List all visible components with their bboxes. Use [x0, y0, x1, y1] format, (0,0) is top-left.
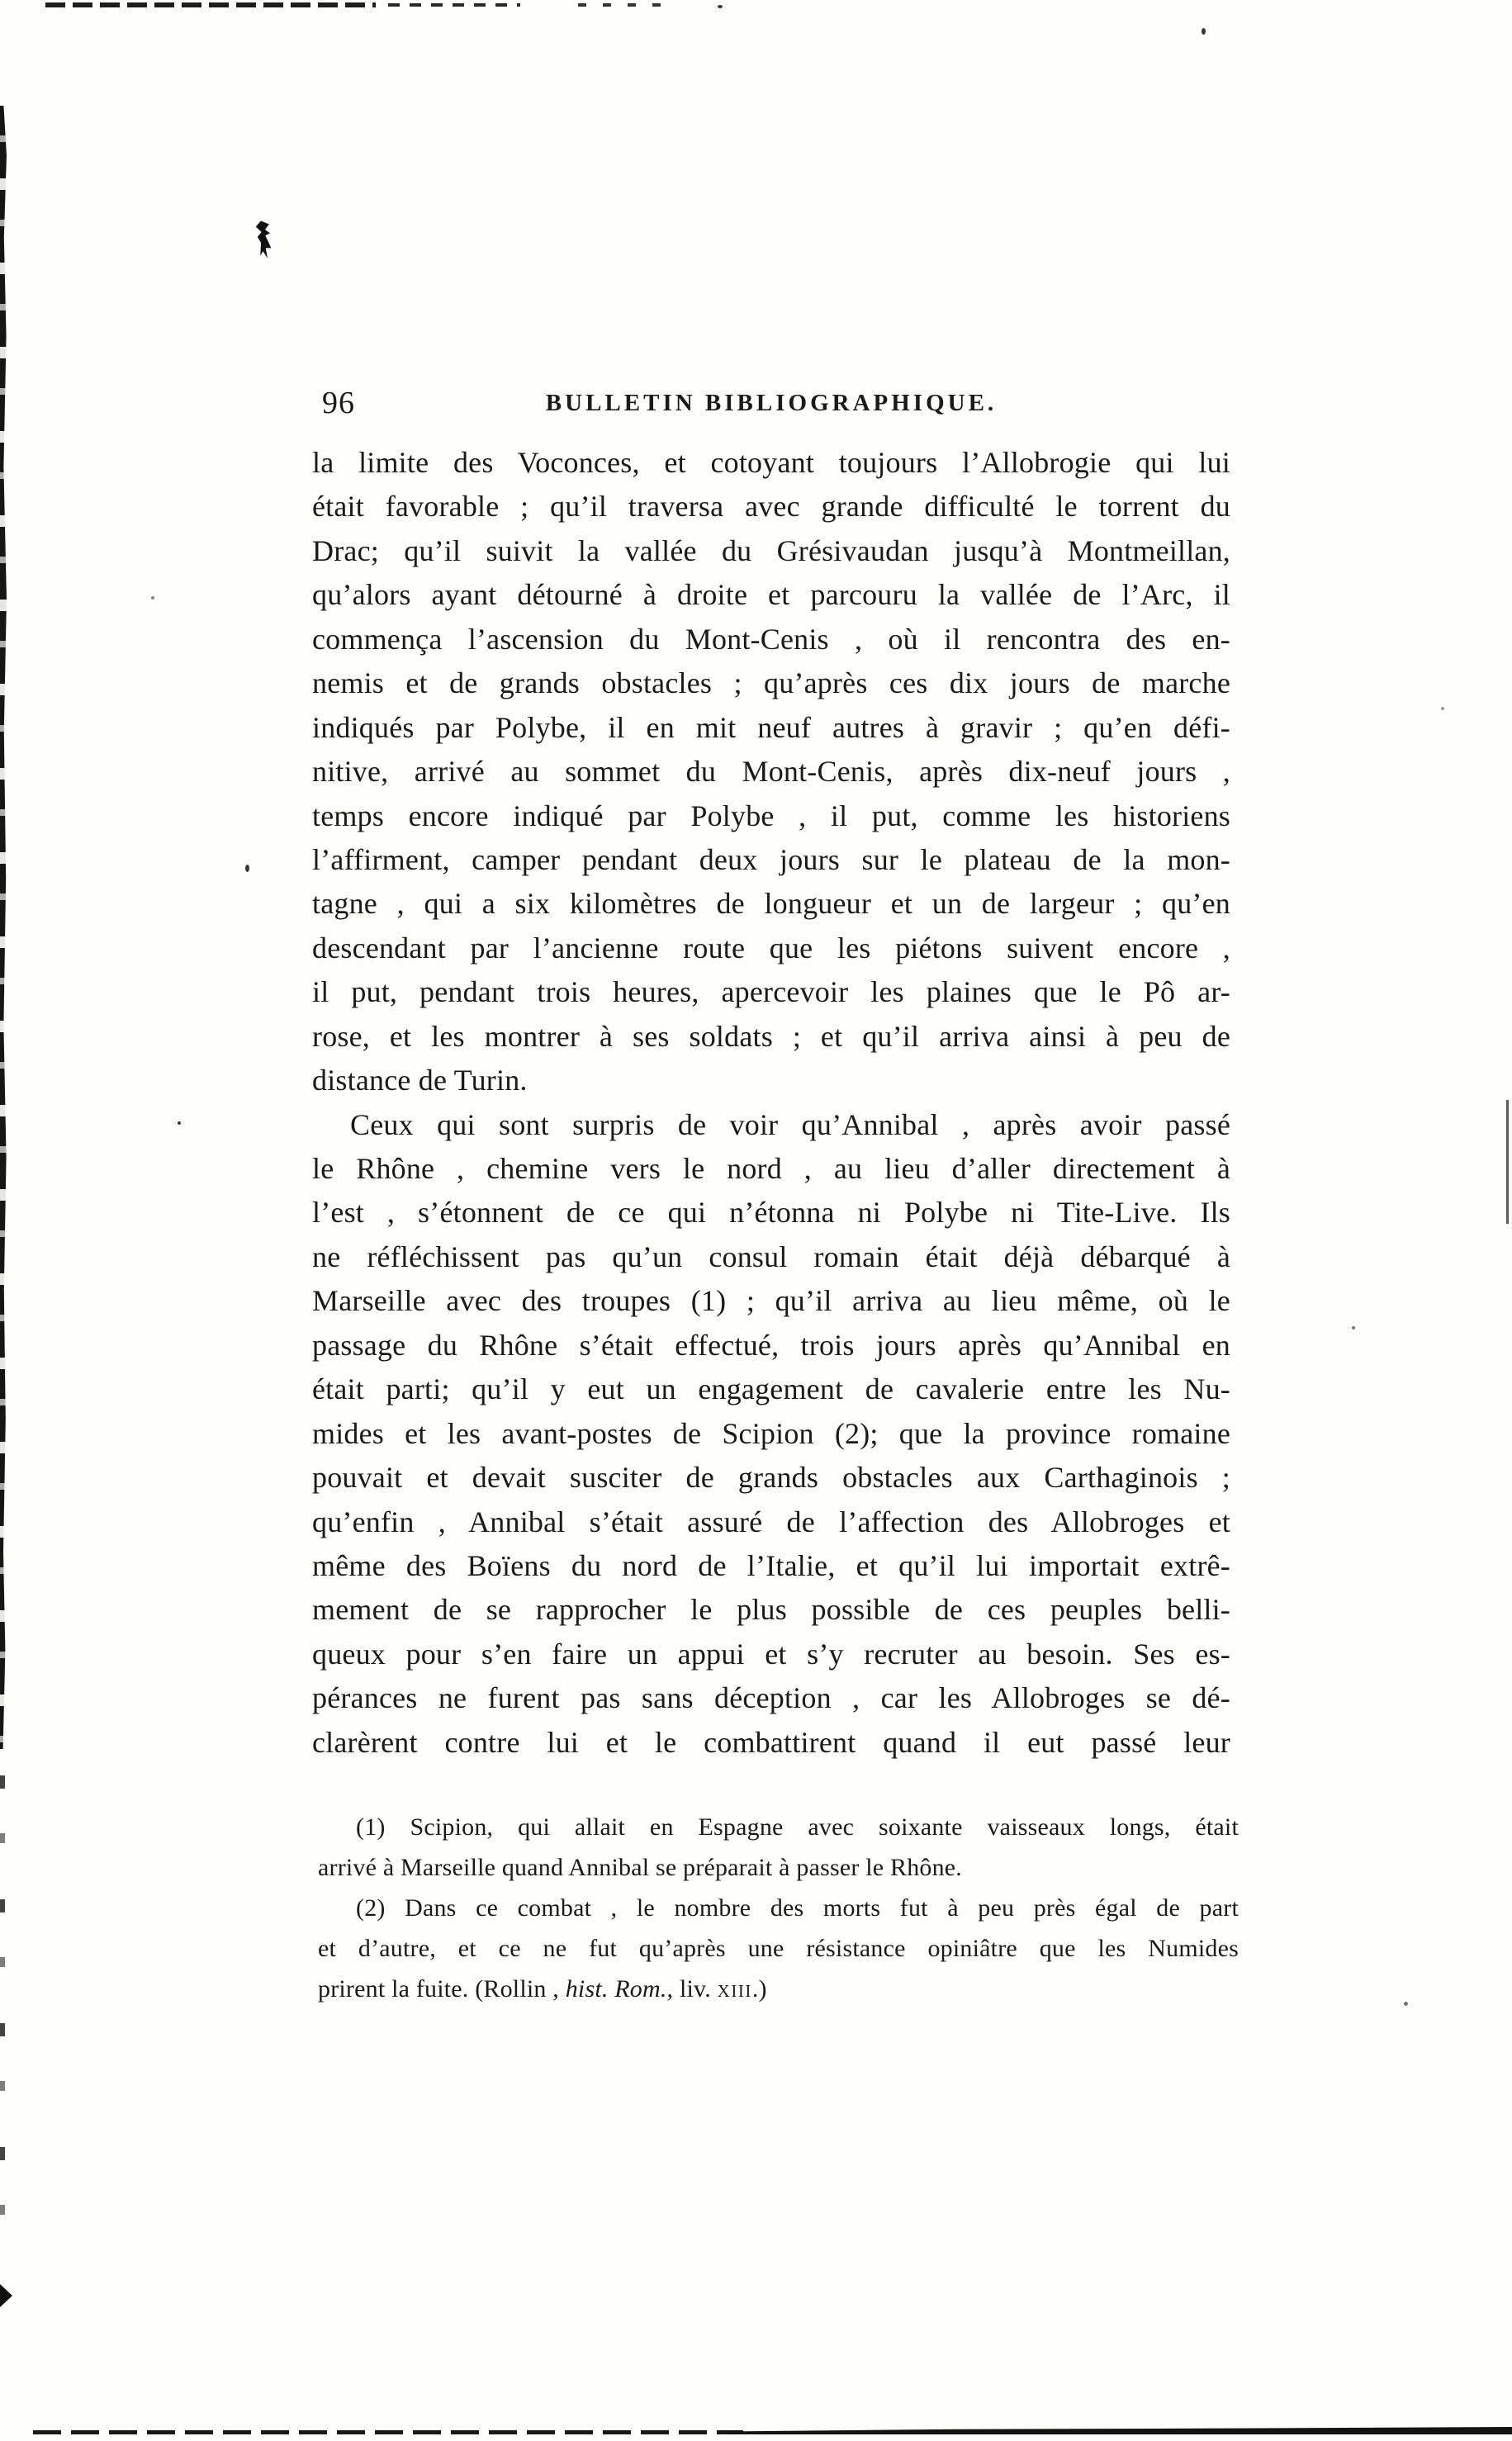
- text-line: qu’enfin , Annibal s’était assuré de l’a…: [312, 1500, 1230, 1544]
- text-line: mement de se rapprocher le plus possible…: [312, 1588, 1230, 1632]
- text-line: Drac; qu’il suivit la vallée du Grésivau…: [312, 529, 1230, 573]
- scan-speck: [245, 865, 249, 872]
- text-line: était favorable ; qu’il traversa avec gr…: [312, 485, 1230, 528]
- scan-speck: [151, 596, 154, 600]
- footnote-2: (2) Dans ce combat , le nombre des morts…: [318, 1888, 1239, 1969]
- text-line: indiqués par Polybe, il en mit neuf autr…: [312, 706, 1230, 750]
- scan-speck: [718, 5, 723, 8]
- footnote-line: (1) Scipion, qui allait en Espagne avec …: [318, 1807, 1239, 1847]
- text-line: pérances ne furent pas sans déception , …: [312, 1676, 1230, 1720]
- paragraph-1: la limite des Voconces, et cotoyant touj…: [312, 441, 1230, 1103]
- footnote-line: et d’autre, et ce ne fut qu’après une ré…: [318, 1928, 1239, 1969]
- text-line: queux pour s’en faire un appui et s’y re…: [312, 1633, 1230, 1676]
- scan-speck: [178, 1121, 181, 1125]
- scan-edge-left-mark: [0, 2284, 12, 2307]
- scan-edge-bottom-dashes: [33, 2430, 743, 2434]
- footnote-line: arrivé à Marseille quand Annibal se prép…: [318, 1847, 1239, 1888]
- text-line: qu’alors ayant détourné à droite et parc…: [312, 573, 1230, 617]
- scan-edge-top-dashes: [578, 3, 677, 7]
- scan-edge-left-lower: [0, 1775, 5, 2238]
- text-line: était parti; qu’il y eut un engagement d…: [312, 1367, 1230, 1411]
- text-line: clarèrent contre lui et le combattirent …: [312, 1721, 1230, 1765]
- footnote-citation-italic: hist. Rom.,: [566, 1975, 674, 2003]
- text-line: même des Boïens du nord de l’Italie, et …: [312, 1544, 1230, 1588]
- text-line: le Rhône , chemine vers le nord , au lie…: [312, 1147, 1230, 1191]
- scan-speck: [1441, 707, 1444, 710]
- footnote-text: .): [752, 1975, 767, 2003]
- scan-edge-right: [1506, 1100, 1509, 1224]
- text-line: rose, et les montrer à ses soldats ; et …: [312, 1015, 1230, 1059]
- text-line: pouvait et devait susciter de grands obs…: [312, 1456, 1230, 1500]
- footnote-1: (1) Scipion, qui allait en Espagne avec …: [318, 1807, 1239, 1888]
- footnotes: (1) Scipion, qui allait en Espagne avec …: [318, 1807, 1239, 2009]
- scan-speck: [1404, 2002, 1408, 2006]
- text-line: temps encore indiqué par Polybe , il put…: [312, 794, 1230, 838]
- text-line: il put, pendant trois heures, apercevoir…: [312, 970, 1230, 1014]
- scan-edge-bottom-line: [727, 2427, 1512, 2434]
- scan-speck: [1352, 1326, 1355, 1330]
- text-line: Marseille avec des troupes (1) ; qu’il a…: [312, 1279, 1230, 1323]
- scan-speck: [1202, 28, 1206, 35]
- text-line: nitive, arrivé au sommet du Mont-Cenis, …: [312, 750, 1230, 794]
- footnote-line: (2) Dans ce combat , le nombre des morts…: [318, 1888, 1239, 1928]
- text-line: nemis et de grands obstacles ; qu’après …: [312, 661, 1230, 705]
- footnote-2-last-line: prirent la fuite. (Rollin , hist. Rom., …: [318, 1969, 1239, 2009]
- book-page: 96 BULLETIN BIBLIOGRAPHIQUE. la limite d…: [0, 0, 1512, 2441]
- text-line: l’affirment, camper pendant deux jours s…: [312, 838, 1230, 882]
- text-line: distance de Turin.: [312, 1059, 1230, 1102]
- text-line: commença l’ascension du Mont-Cenis , où …: [312, 618, 1230, 661]
- scan-edge-top-dashes: [45, 2, 376, 7]
- text-line: la limite des Voconces, et cotoyant touj…: [312, 441, 1230, 485]
- text-line: descendant par l’ancienne route que les …: [312, 927, 1230, 970]
- text-line: Ceux qui sont surpris de voir qu’Annibal…: [312, 1103, 1230, 1147]
- text-line: tagne , qui a six kilomètres de longueur…: [312, 882, 1230, 926]
- footnote-roman-numeral: xiii: [718, 1975, 752, 2003]
- body-text: la limite des Voconces, et cotoyant touj…: [312, 441, 1230, 1765]
- text-line: l’est , s’étonnent de ce qui n’étonna ni…: [312, 1191, 1230, 1235]
- scan-edge-left: [0, 106, 7, 1749]
- footnote-text: prirent la fuite. (Rollin ,: [318, 1975, 566, 2003]
- page-header: 96 BULLETIN BIBLIOGRAPHIQUE.: [312, 385, 1230, 428]
- running-head-title: BULLETIN BIBLIOGRAPHIQUE.: [312, 390, 1230, 417]
- scan-edge-top-dashes: [388, 3, 520, 7]
- text-line: ne réfléchissent pas qu’un consul romain…: [312, 1235, 1230, 1279]
- text-line: mides et les avant-postes de Scipion (2)…: [312, 1412, 1230, 1456]
- footnote-text: liv.: [673, 1975, 717, 2003]
- ink-mark: [249, 220, 276, 258]
- text-line: passage du Rhône s’était effectué, trois…: [312, 1324, 1230, 1367]
- paragraph-2: Ceux qui sont surpris de voir qu’Annibal…: [312, 1103, 1230, 1766]
